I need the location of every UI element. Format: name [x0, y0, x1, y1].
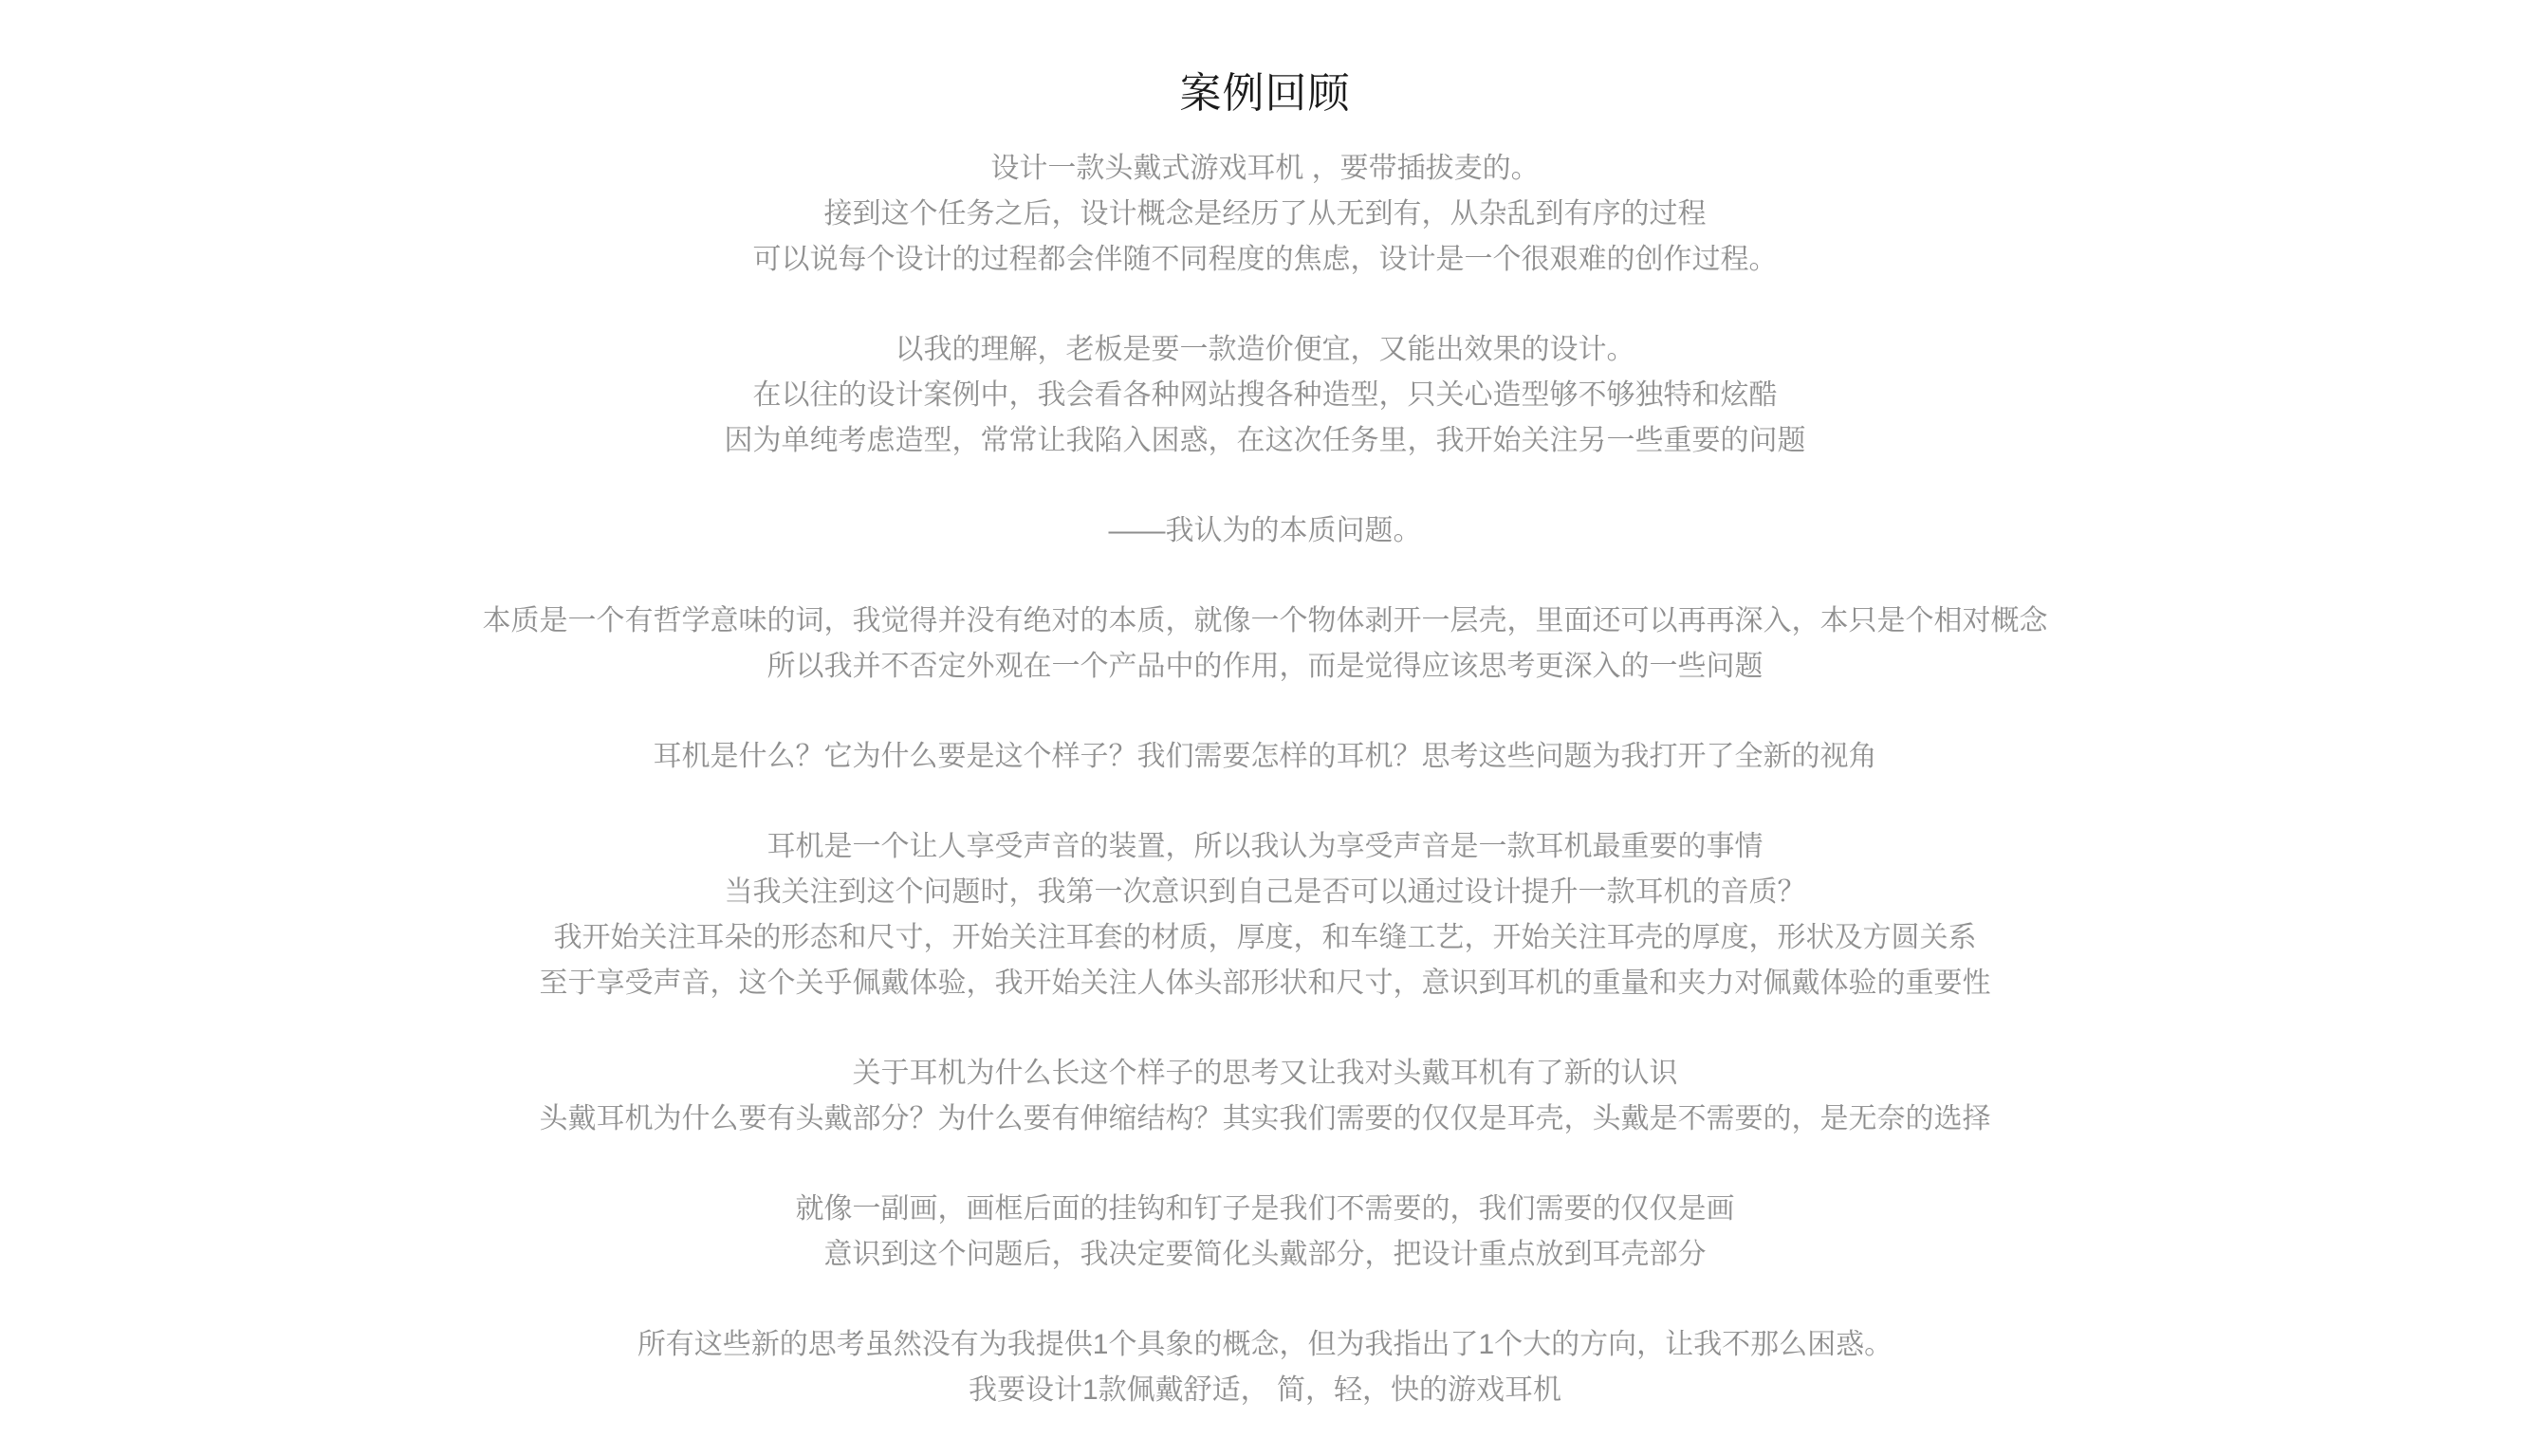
text-line: 因为单纯考虑造型，常常让我陷入困惑，在这次任务里，我开始关注另一些重要的问题 — [80, 418, 2451, 464]
text-line: 以我的理解，老板是要一款造价便宜，又能出效果的设计。 — [80, 327, 2451, 373]
paragraph: 所有这些新的思考虽然没有为我提供1个具象的概念，但为我指出了1个大的方向，让我不… — [80, 1322, 2451, 1413]
text-line: 耳机是一个让人享受声音的装置，所以我认为享受声音是一款耳机最重要的事情 — [80, 824, 2451, 870]
paragraph: 设计一款头戴式游戏耳机 ，要带插拔麦的。接到这个任务之后，设计概念是经历了从无到… — [80, 146, 2451, 283]
paragraph: 耳机是一个让人享受声音的装置，所以我认为享受声音是一款耳机最重要的事情当我关注到… — [80, 824, 2451, 1006]
text-line: 就像一副画，画框后面的挂钩和钉子是我们不需要的，我们需要的仅仅是画 — [80, 1187, 2451, 1232]
text-line: 意识到这个问题后，我决定要简化头戴部分，把设计重点放到耳壳部分 — [80, 1232, 2451, 1278]
text-line: 所以我并不否定外观在一个产品中的作用，而是觉得应该思考更深入的一些问题 — [80, 644, 2451, 690]
text-line: 可以说每个设计的过程都会伴随不同程度的焦虑，设计是一个很艰难的创作过程。 — [80, 237, 2451, 283]
paragraph: 就像一副画，画框后面的挂钩和钉子是我们不需要的，我们需要的仅仅是画意识到这个问题… — [80, 1187, 2451, 1278]
body-text: 设计一款头戴式游戏耳机 ，要带插拔麦的。接到这个任务之后，设计概念是经历了从无到… — [80, 146, 2451, 1413]
paragraph: 本质是一个有哲学意味的词，我觉得并没有绝对的本质，就像一个物体剥开一层壳，里面还… — [80, 599, 2451, 690]
text-line: 当我关注到这个问题时，我第一次意识到自己是否可以通过设计提升一款耳机的音质？ — [80, 870, 2451, 915]
slide: 案例回顾 设计一款头戴式游戏耳机 ，要带插拔麦的。接到这个任务之后，设计概念是经… — [0, 0, 2530, 1456]
text-line: 关于耳机为什么长这个样子的思考又让我对头戴耳机有了新的认识 — [80, 1051, 2451, 1097]
text-line: 头戴耳机为什么要有头戴部分？为什么要有伸缩结构？其实我们需要的仅仅是耳壳，头戴是… — [80, 1097, 2451, 1142]
text-line: 我开始关注耳朵的形态和尺寸，开始关注耳套的材质，厚度，和车缝工艺，开始关注耳壳的… — [80, 915, 2451, 961]
paragraph: 耳机是什么？它为什么要是这个样子？我们需要怎样的耳机？思考这些问题为我打开了全新… — [80, 734, 2451, 780]
text-line: 我要设计1款佩戴舒适， 简，轻，快的游戏耳机 — [80, 1368, 2451, 1413]
text-line: 耳机是什么？它为什么要是这个样子？我们需要怎样的耳机？思考这些问题为我打开了全新… — [80, 734, 2451, 780]
text-line: 本质是一个有哲学意味的词，我觉得并没有绝对的本质，就像一个物体剥开一层壳，里面还… — [80, 599, 2451, 644]
text-line: 至于享受声音，这个关乎佩戴体验，我开始关注人体头部形状和尺寸，意识到耳机的重量和… — [80, 961, 2451, 1006]
text-line: 设计一款头戴式游戏耳机 ，要带插拔麦的。 — [80, 146, 2451, 192]
text-line: 接到这个任务之后，设计概念是经历了从无到有，从杂乱到有序的过程 — [80, 192, 2451, 237]
text-line: 所有这些新的思考虽然没有为我提供1个具象的概念，但为我指出了1个大的方向，让我不… — [80, 1322, 2451, 1368]
paragraph: 以我的理解，老板是要一款造价便宜，又能出效果的设计。在以往的设计案例中，我会看各… — [80, 327, 2451, 464]
text-line: ——我认为的本质问题。 — [80, 508, 2451, 554]
text-line: 在以往的设计案例中，我会看各种网站搜各种造型，只关心造型够不够独特和炫酷 — [80, 373, 2451, 418]
paragraph: 关于耳机为什么长这个样子的思考又让我对头戴耳机有了新的认识头戴耳机为什么要有头戴… — [80, 1051, 2451, 1142]
paragraph: ——我认为的本质问题。 — [80, 508, 2451, 554]
page-title: 案例回顾 — [0, 66, 2530, 121]
